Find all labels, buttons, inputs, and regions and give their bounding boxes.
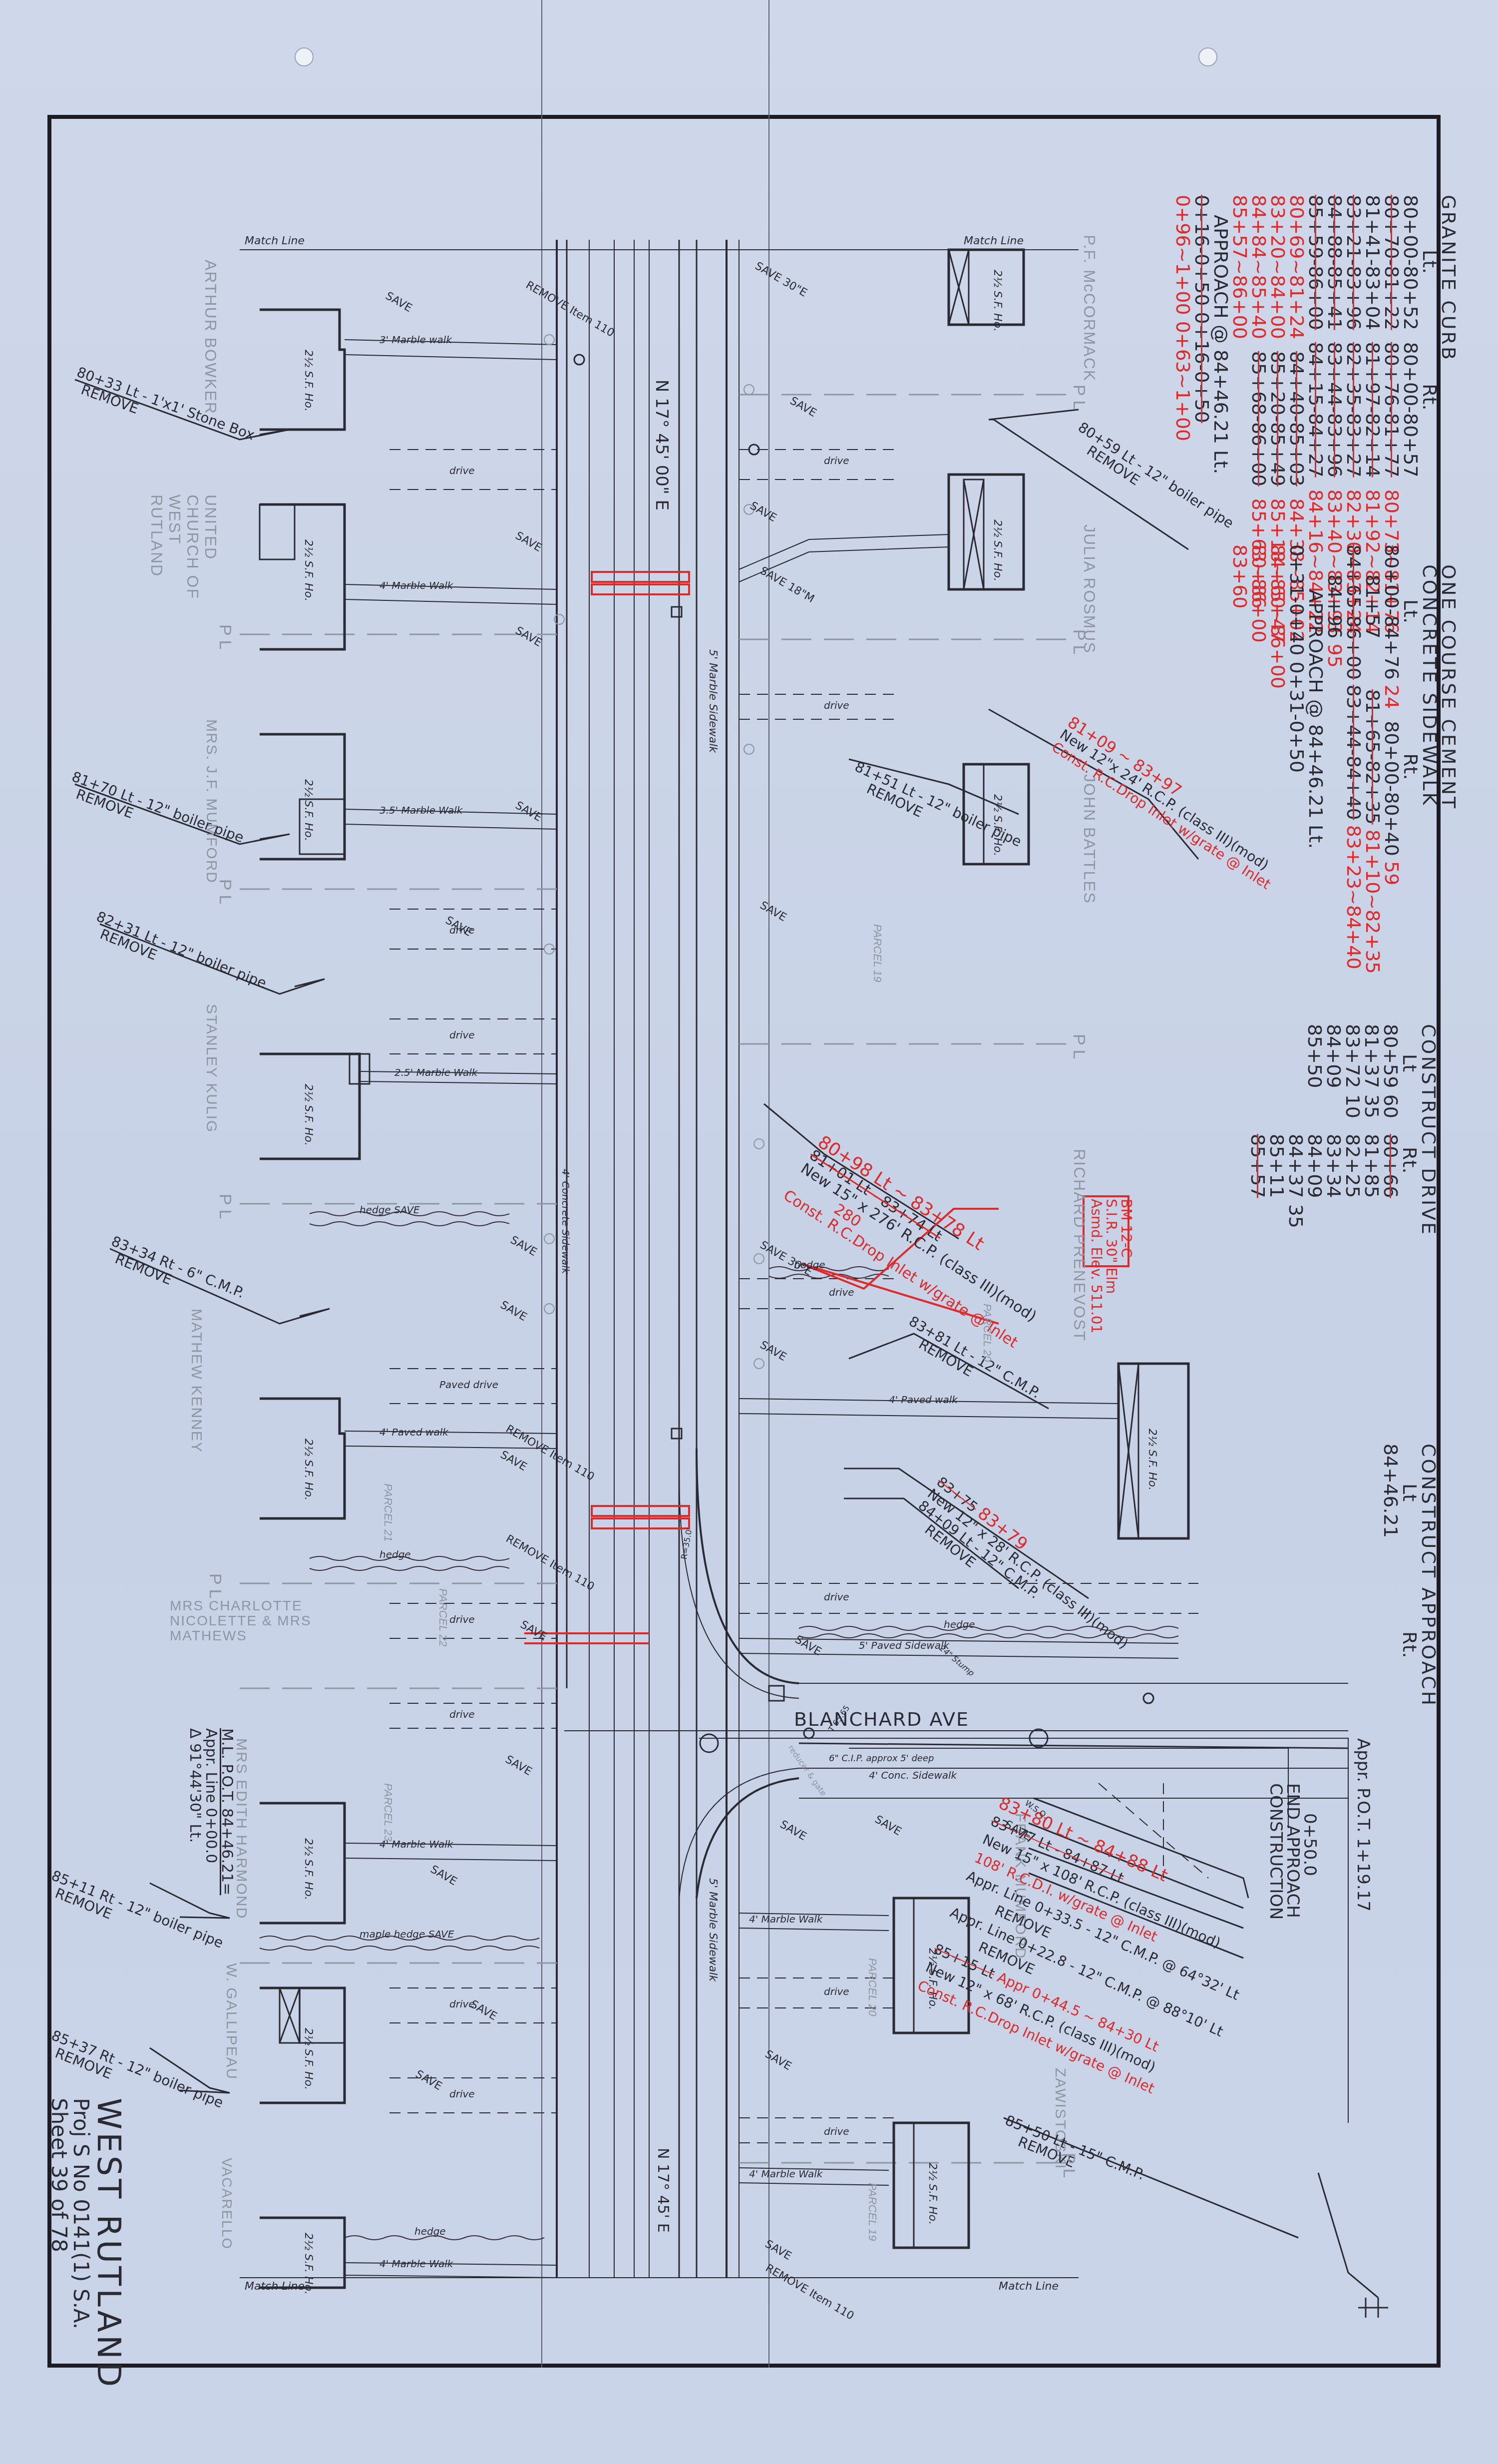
col-rt: Rt. <box>1400 1147 1419 1173</box>
house-label: 2½ S.F. Ho. <box>302 539 315 601</box>
sw-rt: 80+00-80+40 <box>1382 714 1401 856</box>
drive-lt: 83+72 10 <box>1343 1024 1362 1114</box>
hedge-label: hedge <box>414 2225 446 2237</box>
col-lt: Lt. <box>1401 599 1420 623</box>
owner-name: STANLEY KULIG <box>203 1004 220 1133</box>
title-block: WEST RUTLAND Proj S No 0141(1) S.A. Shee… <box>48 2098 125 2390</box>
construct-drive-table: CONSTRUCT DRIVE LtRt. 80+59 60 81+37 35 … <box>1248 1024 1438 1236</box>
sidewalk-table: ONE COURSE CEMENT CONCRETE SIDEWALK Lt.R… <box>1230 544 1458 974</box>
curb-lt: 80+00-80+52 <box>1401 195 1420 330</box>
benchmark-note: BM 12-C S.I.R. 30" Elm Asmd. Elev. 511.0… <box>1089 1199 1133 1333</box>
sw-lt: 81+57 <box>1363 544 1382 684</box>
sidewalk-heading-2: CONCRETE SIDEWALK <box>1420 544 1439 974</box>
drive-rt: 84+37 35 <box>1286 1134 1305 1228</box>
owner-name: W. GALLIPEAU <box>223 1963 240 2080</box>
house-label: 2½ S.F. Ho. <box>302 1838 315 1900</box>
curb-lt: 81+41-83+04 <box>1363 195 1382 330</box>
house-label: 2½ S.F. Ho. <box>991 519 1004 581</box>
parcel-label: PARCEL 19 <box>866 2183 879 2241</box>
parcel-label: PARCEL 22 <box>436 1588 449 1647</box>
drive-label: drive <box>824 1591 849 1603</box>
match-line-label: Match Line <box>245 235 305 247</box>
drive-label: drive <box>824 699 849 711</box>
curb-rt: 83+44-83+96 <box>1325 342 1344 478</box>
benchmark-id: BM 12-C <box>1119 1199 1133 1333</box>
house-label: 2½ S.F. Ho. <box>302 1439 315 1500</box>
sidewalk-label: 5' Marble Sidewalk <box>707 1878 719 1981</box>
drive-lt: 85+50 <box>1305 1024 1324 1114</box>
sw-rt: 81+65-82+35 <box>1363 689 1382 825</box>
curb-lt-revised: 80+69~81+24 <box>1287 195 1306 339</box>
walk-label: 5' Paved Sidewalk <box>859 1639 949 1651</box>
drive-label: Paved drive <box>439 1379 498 1391</box>
curb-lt: 83+21-83+96 <box>1344 195 1363 330</box>
drive-label: drive <box>449 2088 475 2100</box>
curb-approach-revised: 0+96~1+00 0+63~1+00 <box>1173 195 1192 643</box>
curb-approach-label: APPROACH @ 84+46.21 Lt. <box>1211 195 1230 643</box>
match-line-label: Match Line <box>964 235 1024 247</box>
sw-lt: 84+65-86+00 <box>1344 544 1363 680</box>
walk-label: 4' Marble Walk <box>749 1913 822 1925</box>
hedge-label: hedge <box>379 1548 411 1560</box>
curb-rt: 85+20-85+49 <box>1268 351 1287 487</box>
appr-line: Appr. Line 0+00.0 <box>203 1728 219 1895</box>
walk-label: 3' Marble walk <box>379 334 452 346</box>
curb-rt: 82+35-83+27 <box>1344 342 1363 478</box>
owner-name: MRS EDITH HARMOND <box>233 1738 250 1919</box>
drive-label: drive <box>824 1985 849 1997</box>
house-label: 2½ S.F. Ho. <box>302 779 315 841</box>
col-lt: Lt. <box>1420 250 1439 274</box>
owner-name: ARTHUR BOWKER <box>201 260 220 415</box>
sw-red-add: 83+60 <box>1230 544 1249 974</box>
house-label: 2½ S.F. Ho. <box>302 1084 315 1146</box>
hedge-label: hedge <box>944 1618 975 1630</box>
end-approach-line2: CONSTRUCTION <box>1267 1783 1284 1920</box>
drive-label: drive <box>449 1708 475 1720</box>
property-line-marker: P L <box>1069 1034 1089 1059</box>
parcel-label: PARCEL 21 <box>381 1483 394 1542</box>
street-name: BLANCHARD AVE <box>794 1708 969 1730</box>
drive-heading: CONSTRUCT DRIVE <box>1419 1024 1438 1236</box>
col-rt: Rt. <box>1420 384 1439 410</box>
house-label: 2½ S.F. Ho. <box>302 350 315 412</box>
drive-label: drive <box>829 1286 854 1298</box>
title-project: Proj S No 0141(1) S.A. <box>70 2098 92 2390</box>
house-label: 2½ S.F. Ho. <box>1146 1429 1158 1490</box>
walk-label: 3.5' Marble Walk <box>379 804 462 816</box>
owner-name: JOHN BATTLES <box>1080 774 1099 904</box>
sw-lt-revised: 24 <box>1382 685 1401 709</box>
walk-label: 4' Conc. Sidewalk <box>869 1769 957 1781</box>
drive-lt: 81+37 35 <box>1362 1024 1381 1114</box>
walk-label: 2.5' Marble Walk <box>394 1066 477 1078</box>
ml-pot-note: M.L. P.O.T. 84+46.21= Appr. Line 0+00.0 … <box>187 1728 235 1895</box>
curb-rt: 80+00-80+57 <box>1401 342 1420 478</box>
owner-name: VACARELLO <box>219 2158 235 2250</box>
sw-rt-revised: 59 <box>1382 861 1401 885</box>
approach-heading: CONSTRUCT APPROACH <box>1419 1444 1438 1707</box>
walk-label: 4' Marble Walk <box>749 2168 822 2180</box>
walk-label: 4' Marble Walk <box>379 579 453 591</box>
col-lt: Lt <box>1400 1483 1419 1501</box>
drive-label: drive <box>449 1613 475 1625</box>
house-label: 2½ S.F. Ho. <box>302 2028 315 2090</box>
match-line-label: Match Line <box>999 2280 1059 2293</box>
curb-approach-row: 0+16-0+50 0+16-0+50 <box>1192 195 1211 643</box>
title-sheet-number: Sheet 39 of 78 <box>48 2098 70 2390</box>
curb-rt: 84+40-85+03 <box>1287 351 1306 487</box>
construct-approach-table: CONSTRUCT APPROACH LtRt. 84+46.21 <box>1381 1444 1438 1707</box>
house-label: 2½ S.F. Ho. <box>926 2163 939 2225</box>
owner-name: MRS CHARLOTTE NICOLETTE & MRS MATHEWS <box>170 1598 360 1643</box>
drive-rt: 83+34 <box>1324 1134 1343 1228</box>
parcel-label: PARCEL 20 <box>981 1304 994 1362</box>
end-approach-line1: END APPROACH <box>1284 1783 1301 1920</box>
drawing-sheet: GRANITE CURB Lt. Rt. 80+00-80+5280+00-80… <box>0 0 1498 2464</box>
end-approach-note: 0+50.0 END APPROACH CONSTRUCTION <box>1267 1783 1318 1920</box>
match-line-label: Match Line <box>245 2280 305 2293</box>
approach-lt: 84+46.21 <box>1381 1444 1400 1707</box>
col-lt: Lt <box>1400 1054 1419 1072</box>
hedge-label: maple hedge SAVE <box>360 1928 454 1940</box>
drive-rt: 80+66 <box>1381 1134 1400 1228</box>
owner-name: MRS. J.F. MUMFORD <box>203 719 220 884</box>
drive-rt: 84+09 <box>1305 1134 1324 1228</box>
sw-rt-revised: 81+10~82+35 <box>1363 830 1382 974</box>
title-town: WEST RUTLAND <box>92 2098 125 2390</box>
parcel-label: PARCEL 23 <box>381 1783 394 1842</box>
drive-rt: 85+57 <box>1248 1134 1267 1228</box>
sw-lt: 80+00-84+76 <box>1382 544 1401 680</box>
benchmark-elevation: Asmd. Elev. 511.01 <box>1089 1199 1104 1333</box>
hedge-label: hedge SAVE <box>360 1204 420 1216</box>
sw-rt-revised: 83+23~84+40 <box>1344 825 1363 970</box>
drive-lt: 80+59 60 <box>1381 1024 1400 1114</box>
sidewalk-label: 5' Marble Sidewalk <box>707 649 719 753</box>
curb-rt: 81+97-82+14 <box>1363 342 1382 478</box>
sidewalk-label: 4' Concrete Sidewalk <box>560 1169 572 1274</box>
bearing-label: N 17° 45' E <box>654 2148 672 2233</box>
col-rt: Rt. <box>1401 753 1420 780</box>
house-label: 2½ S.F. Ho. <box>302 2233 315 2295</box>
drive-lt: 84+09 <box>1324 1024 1343 1114</box>
curb-rt: 85+68-86+00 <box>1249 351 1268 487</box>
property-line-marker: P L <box>215 1194 235 1219</box>
curb-lt-revised: 83+20~84+00 <box>1268 195 1287 339</box>
benchmark-location: S.I.R. 30" Elm <box>1104 1199 1119 1333</box>
owner-name: UNITED CHURCH OF WEST RUTLAND <box>148 494 220 604</box>
curb-lt-revised: 84+84~85+40 <box>1249 195 1268 339</box>
drive-label: drive <box>824 455 849 467</box>
curb-lt: 85+59-86+00 <box>1306 195 1325 330</box>
property-line-marker: P L <box>1069 385 1089 410</box>
owner-name: RICHARD PRENEVOST <box>1070 1149 1089 1342</box>
drive-rt: 82+25 <box>1343 1134 1362 1228</box>
property-line-marker: P L <box>205 1573 225 1598</box>
curb-rt: 80+76-81+77 <box>1382 342 1401 478</box>
house-label: 2½ S.F. Ho. <box>991 270 1004 332</box>
walk-label: 4' Marble Walk <box>379 2258 453 2270</box>
sw-approach-row: 0+31-0+40 0+31-0+50 <box>1287 544 1306 974</box>
drive-rt: 81+85 <box>1362 1134 1381 1228</box>
sw-lt-revised: 95 <box>1325 644 1344 668</box>
sidewalk-heading-1: ONE COURSE CEMENT <box>1439 544 1458 974</box>
property-line-marker: P L <box>1069 629 1089 654</box>
walk-label: 4' Paved walk <box>889 1394 958 1406</box>
delta-angle: Δ 91°44'30" Lt. <box>187 1728 203 1895</box>
drive-label: drive <box>824 2125 849 2137</box>
curb-lt: 80+70-81+22 <box>1382 195 1401 330</box>
walk-label: 4' Paved walk <box>379 1426 448 1438</box>
approach-pot: Appr. P.O.T. 1+19.17 <box>1353 1738 1373 1912</box>
property-line-marker: P L <box>215 879 235 904</box>
col-rt: Rt. <box>1400 1631 1419 1658</box>
curb-lt: 84+88-85+41 <box>1325 195 1344 330</box>
parcel-label: PARCEL 19 <box>871 924 884 983</box>
sw-approach-label: APPROACH @ 84+46.21 Lt. <box>1306 544 1325 974</box>
property-line-marker: P L <box>215 624 235 649</box>
drive-label: drive <box>449 1029 475 1041</box>
sw-rt: 83+44-84+40 <box>1344 685 1363 820</box>
sw-red-add: 80+86 <box>1249 544 1268 974</box>
curb-lt-revised: 85+57~86+00 <box>1230 195 1249 339</box>
owner-name: MATHEW KENNEY <box>188 1309 205 1453</box>
curb-rt: 84+15-84+27 <box>1306 342 1325 478</box>
bearing-label: N 17° 45' 00" E <box>652 380 672 510</box>
property-line-marker: P L <box>1059 2153 1079 2178</box>
end-approach-station: 0+50.0 <box>1301 1783 1318 1920</box>
drive-label: drive <box>449 465 475 477</box>
drive-rt: 85+11 <box>1267 1134 1286 1228</box>
sw-lt: 84+96 <box>1325 574 1344 639</box>
parcel-label: PARCEL 20 <box>866 1958 879 2016</box>
utility-label: 6" C.I.P. approx 5' deep <box>829 1753 934 1764</box>
sw-red-add: 84+60~86+00 <box>1268 544 1287 974</box>
owner-name: P.F. McCORMACK <box>1080 235 1099 382</box>
